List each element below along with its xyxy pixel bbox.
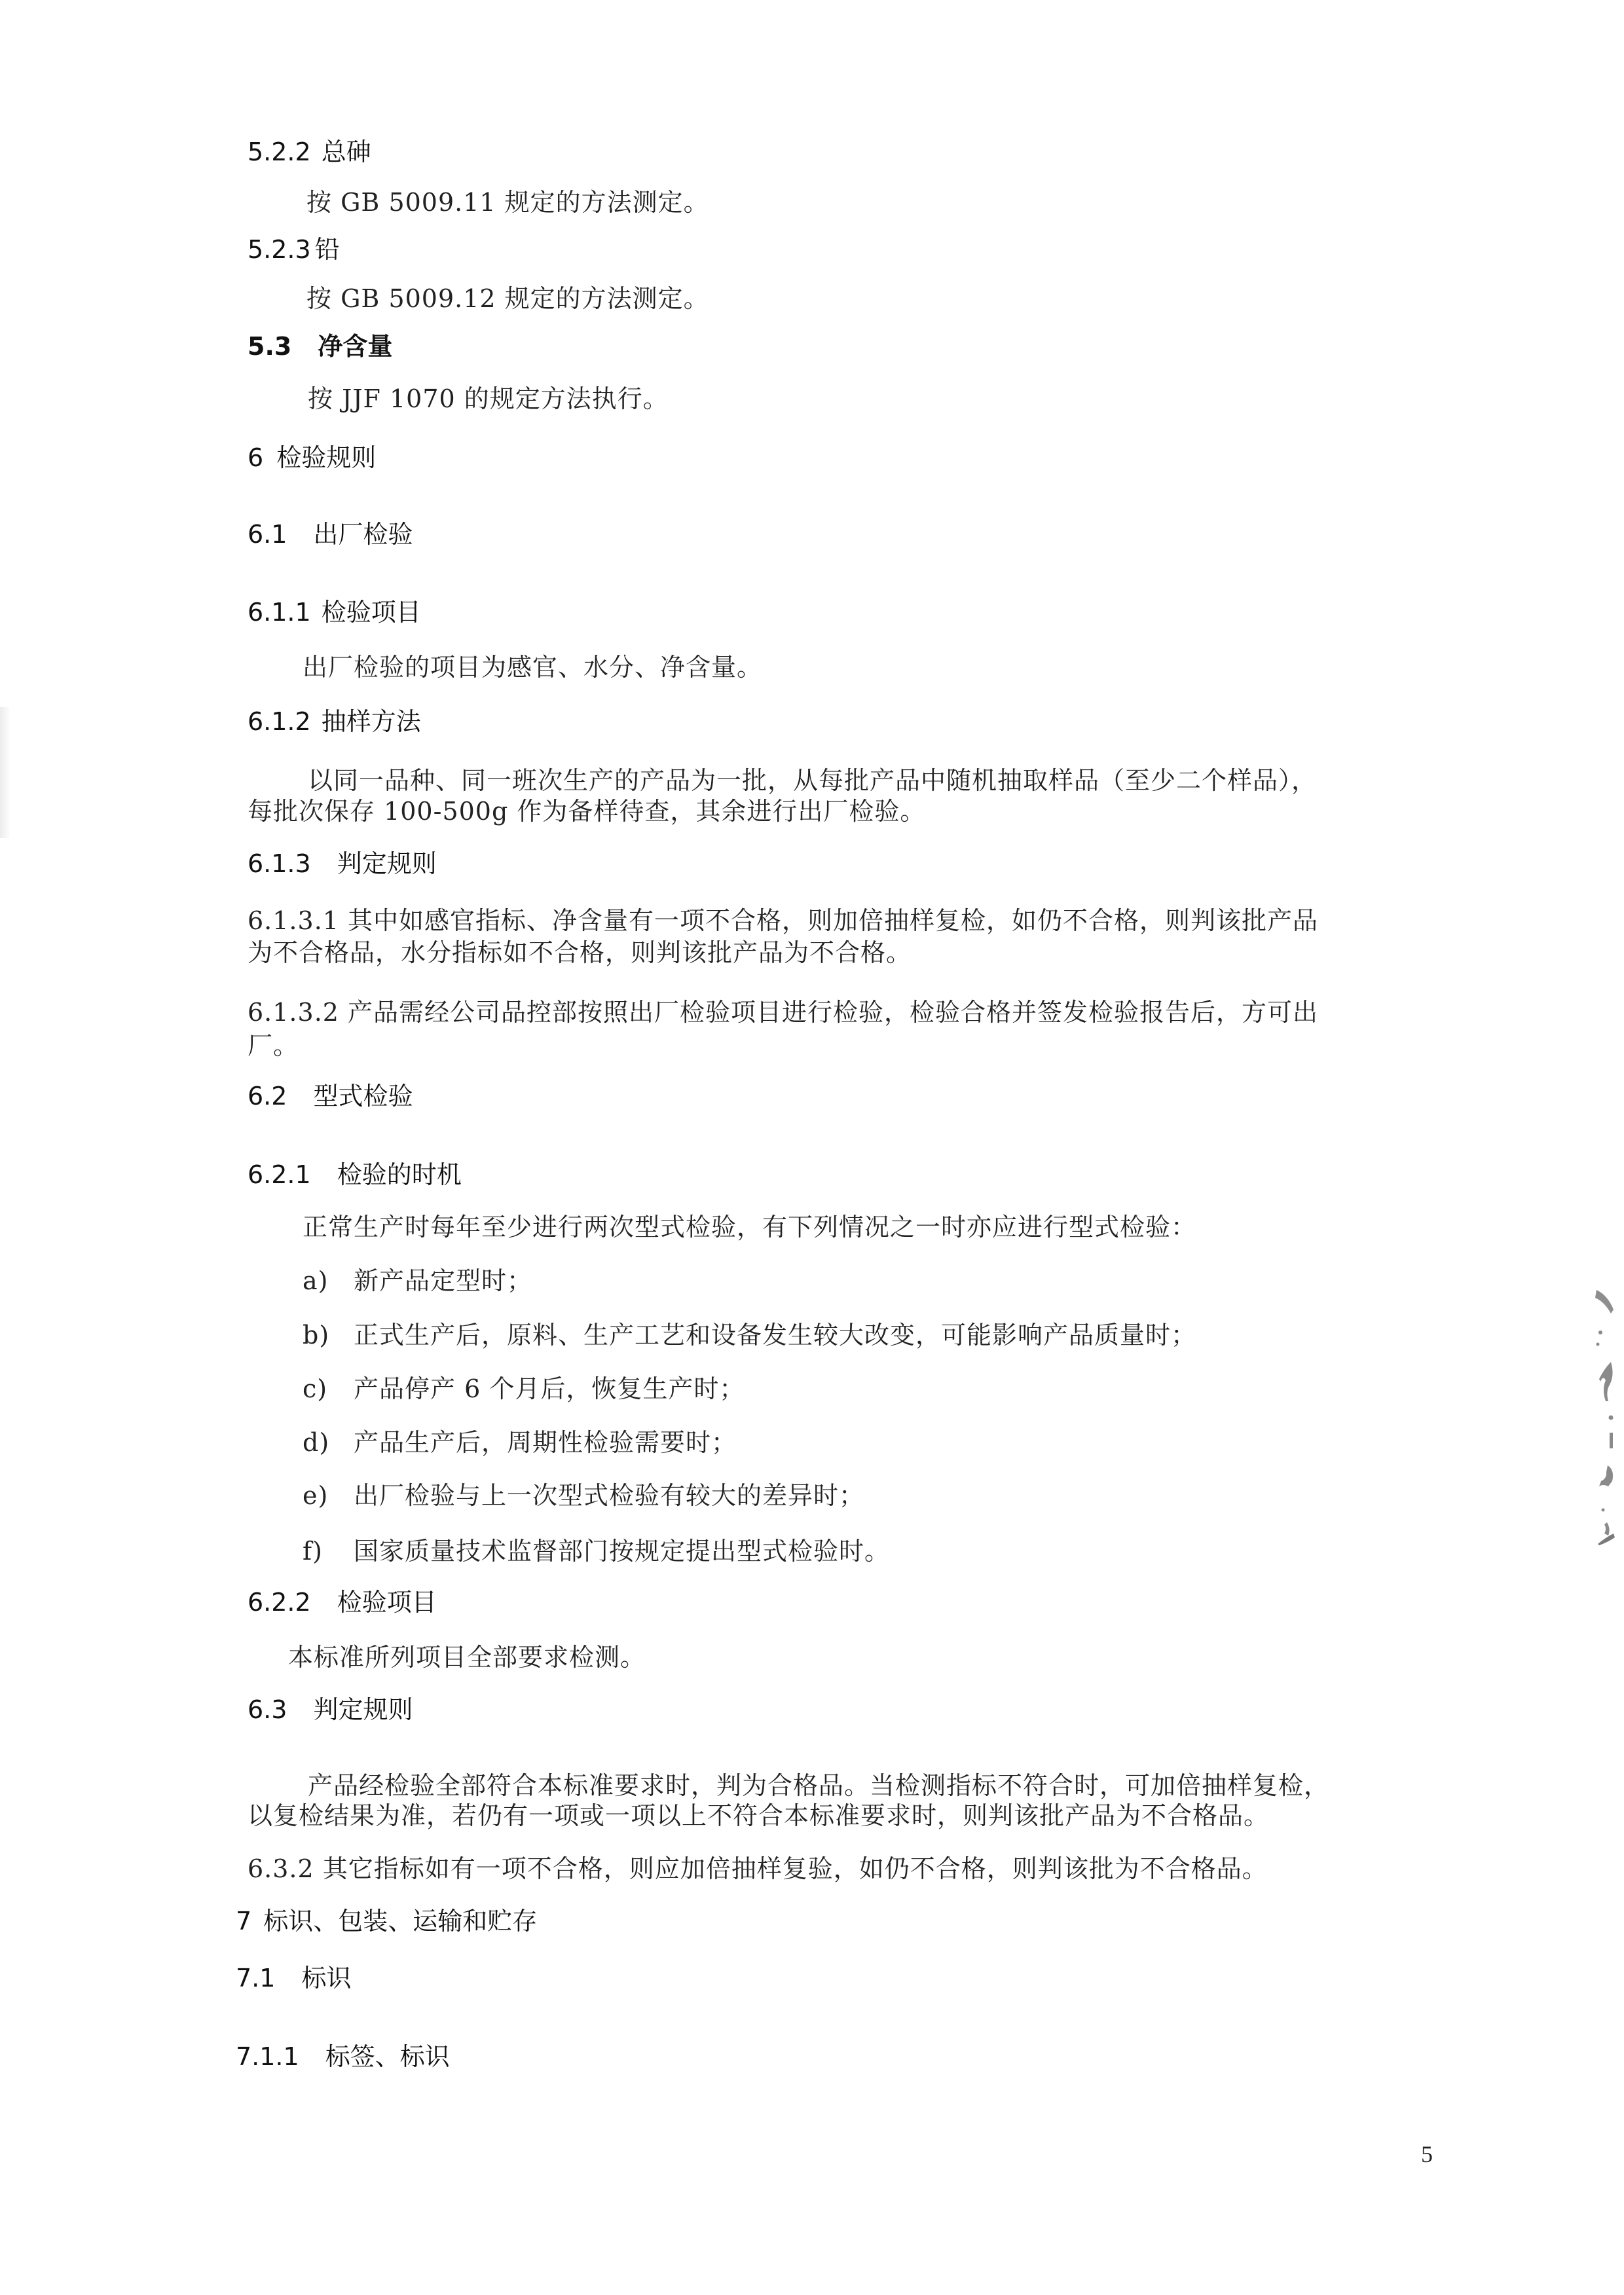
list-marker: d)	[303, 1430, 354, 1455]
section-number: 5.2.2	[248, 138, 311, 166]
paragraph-6-2-1-intro: 正常生产时每年至少进行两次型式检验，有下列情况之一时亦应进行型式检验：	[303, 1215, 1196, 1239]
paragraph-5-3: 按 JJF 1070 的规定方法执行。	[308, 386, 669, 411]
list-item-text: 产品生产后，周期性检验需要时；	[354, 1428, 737, 1457]
section-title: 检验的时机	[337, 1160, 462, 1189]
heading-7-1-1: 7.1.1标签、标识	[236, 2044, 450, 2069]
heading-6-1-1: 6.1.1检验项目	[248, 600, 421, 625]
section-title: 净含量	[318, 332, 392, 361]
heading-6-1-2: 6.1.2抽样方法	[248, 709, 421, 734]
section-title: 判定规则	[313, 1695, 413, 1724]
list-item-text: 正式生产后，原料、生产工艺和设备发生较大改变，可能影响产品质量时；	[354, 1321, 1196, 1349]
page-number: 5	[1421, 2142, 1433, 2166]
heading-6-2: 6.2型式检验	[248, 1084, 413, 1109]
section-number: 5.2.3	[248, 235, 311, 264]
list-marker: b)	[303, 1323, 354, 1348]
paragraph-6-1-2-line-2: 每批次保存 100-500g 作为备样待查，其余进行出厂检验。	[248, 799, 925, 824]
paragraph-6-2-2: 本标准所列项目全部要求检测。	[288, 1645, 646, 1670]
list-item-a: a)新产品定型时；	[303, 1268, 532, 1293]
document-page: 5.2.2总砷 按 GB 5009.11 规定的方法测定。 5.2.3铅 按 G…	[0, 0, 1624, 2295]
paragraph-6-3-line-2: 以复检结果为准，若仍有一项或一项以上不符合本标准要求时，则判该批产品为不合格品。	[248, 1803, 1269, 1828]
heading-6-1: 6.1出厂检验	[248, 522, 413, 547]
heading-7: 7标识、包装、运输和贮存	[236, 1909, 537, 1934]
heading-7-1: 7.1标识	[236, 1966, 351, 1991]
section-number: 6.2.1	[248, 1160, 311, 1189]
section-number: 6	[248, 443, 263, 472]
section-number: 6.3	[248, 1695, 287, 1724]
heading-6-2-1: 6.2.1检验的时机	[248, 1162, 462, 1187]
heading-6-2-2: 6.2.2检验项目	[248, 1590, 437, 1615]
section-title: 标识、包装、运输和贮存	[263, 1907, 537, 1936]
scan-edge-shadow	[0, 707, 10, 838]
section-title: 出厂检验	[313, 520, 413, 549]
paragraph-6-1-2-line-1: 以同一品种、同一班次生产的产品为一批，从每批产品中随机抽取样品（至少二个样品），	[308, 768, 1444, 793]
section-number: 7	[236, 1907, 251, 1936]
list-item-e: e)出厂检验与上一次型式检验有较大的差异时；	[303, 1483, 864, 1508]
section-title: 铅	[315, 235, 340, 264]
section-number: 6.1.3	[248, 849, 311, 878]
paragraph-6-1-1: 出厂检验的项目为感官、水分、净含量。	[303, 655, 762, 680]
heading-6-1-3: 6.1.3判定规则	[248, 851, 437, 876]
section-number: 6.2	[248, 1082, 287, 1111]
paragraph-6-3-line-1: 产品经检验全部符合本标准要求时，判为合格品。当检测指标不符合时，可加倍抽样复检，	[308, 1773, 1329, 1798]
section-title: 判定规则	[337, 849, 437, 878]
section-title: 标签、标识	[325, 2042, 450, 2071]
list-item-text: 出厂检验与上一次型式检验有较大的差异时；	[354, 1481, 864, 1510]
paragraph-5-2-2: 按 GB 5009.11 规定的方法测定。	[306, 190, 709, 215]
section-number: 7.1	[236, 1964, 275, 1992]
section-title: 检验项目	[337, 1588, 437, 1617]
section-number: 6.1.2	[248, 707, 311, 736]
list-item-f: f)国家质量技术监督部门按规定提出型式检验时。	[303, 1539, 890, 1564]
clause-6-1-3-1-line-2: 为不合格品，水分指标如不合格，则判该批产品为不合格。	[248, 940, 912, 965]
list-marker: c)	[303, 1376, 354, 1401]
list-item-text: 新产品定型时；	[354, 1266, 532, 1295]
list-item-text: 产品停产 6 个月后，恢复生产时；	[354, 1374, 745, 1403]
section-title: 检验项目	[322, 598, 421, 627]
list-item-text: 国家质量技术监督部门按规定提出型式检验时。	[354, 1537, 890, 1566]
list-item-c: c)产品停产 6 个月后，恢复生产时；	[303, 1376, 745, 1401]
clause-6-1-3-2-line-1: 6.1.3.2 产品需经公司品控部按照出厂检验项目进行检验，检验合格并签发检验报…	[248, 1000, 1318, 1025]
list-marker: e)	[303, 1483, 354, 1508]
section-number: 5.3	[248, 332, 291, 361]
seal-stamp-fragment-icon	[1572, 1270, 1624, 1545]
heading-5-2-2: 5.2.2总砷	[248, 139, 371, 164]
section-title: 总砷	[322, 138, 371, 166]
clause-6-3-2: 6.3.2 其它指标如有一项不合格，则应加倍抽样复验，如仍不合格，则判该批为不合…	[248, 1856, 1268, 1881]
heading-5-2-3: 5.2.3铅	[248, 237, 340, 262]
section-title: 型式检验	[313, 1082, 413, 1111]
clause-6-1-3-1-line-1: 6.1.3.1 其中如感官指标、净含量有一项不合格，则加倍抽样复检，如仍不合格，…	[248, 908, 1318, 933]
paragraph-5-2-3: 按 GB 5009.12 规定的方法测定。	[306, 286, 709, 311]
section-title: 标识	[301, 1964, 351, 1992]
section-number: 7.1.1	[236, 2042, 299, 2071]
clause-6-1-3-2-line-2: 厂。	[248, 1033, 299, 1058]
list-item-b: b)正式生产后，原料、生产工艺和设备发生较大改变，可能影响产品质量时；	[303, 1323, 1196, 1348]
heading-6-3: 6.3判定规则	[248, 1697, 413, 1722]
list-marker: a)	[303, 1268, 354, 1293]
list-marker: f)	[303, 1539, 354, 1564]
section-title: 抽样方法	[322, 707, 421, 736]
heading-5-3: 5.3净含量	[248, 334, 392, 359]
heading-6: 6检验规则	[248, 445, 376, 470]
section-number: 6.2.2	[248, 1588, 311, 1617]
section-title: 检验规则	[276, 443, 376, 472]
section-number: 6.1.1	[248, 598, 311, 627]
section-number: 6.1	[248, 520, 287, 549]
list-item-d: d)产品生产后，周期性检验需要时；	[303, 1430, 737, 1455]
